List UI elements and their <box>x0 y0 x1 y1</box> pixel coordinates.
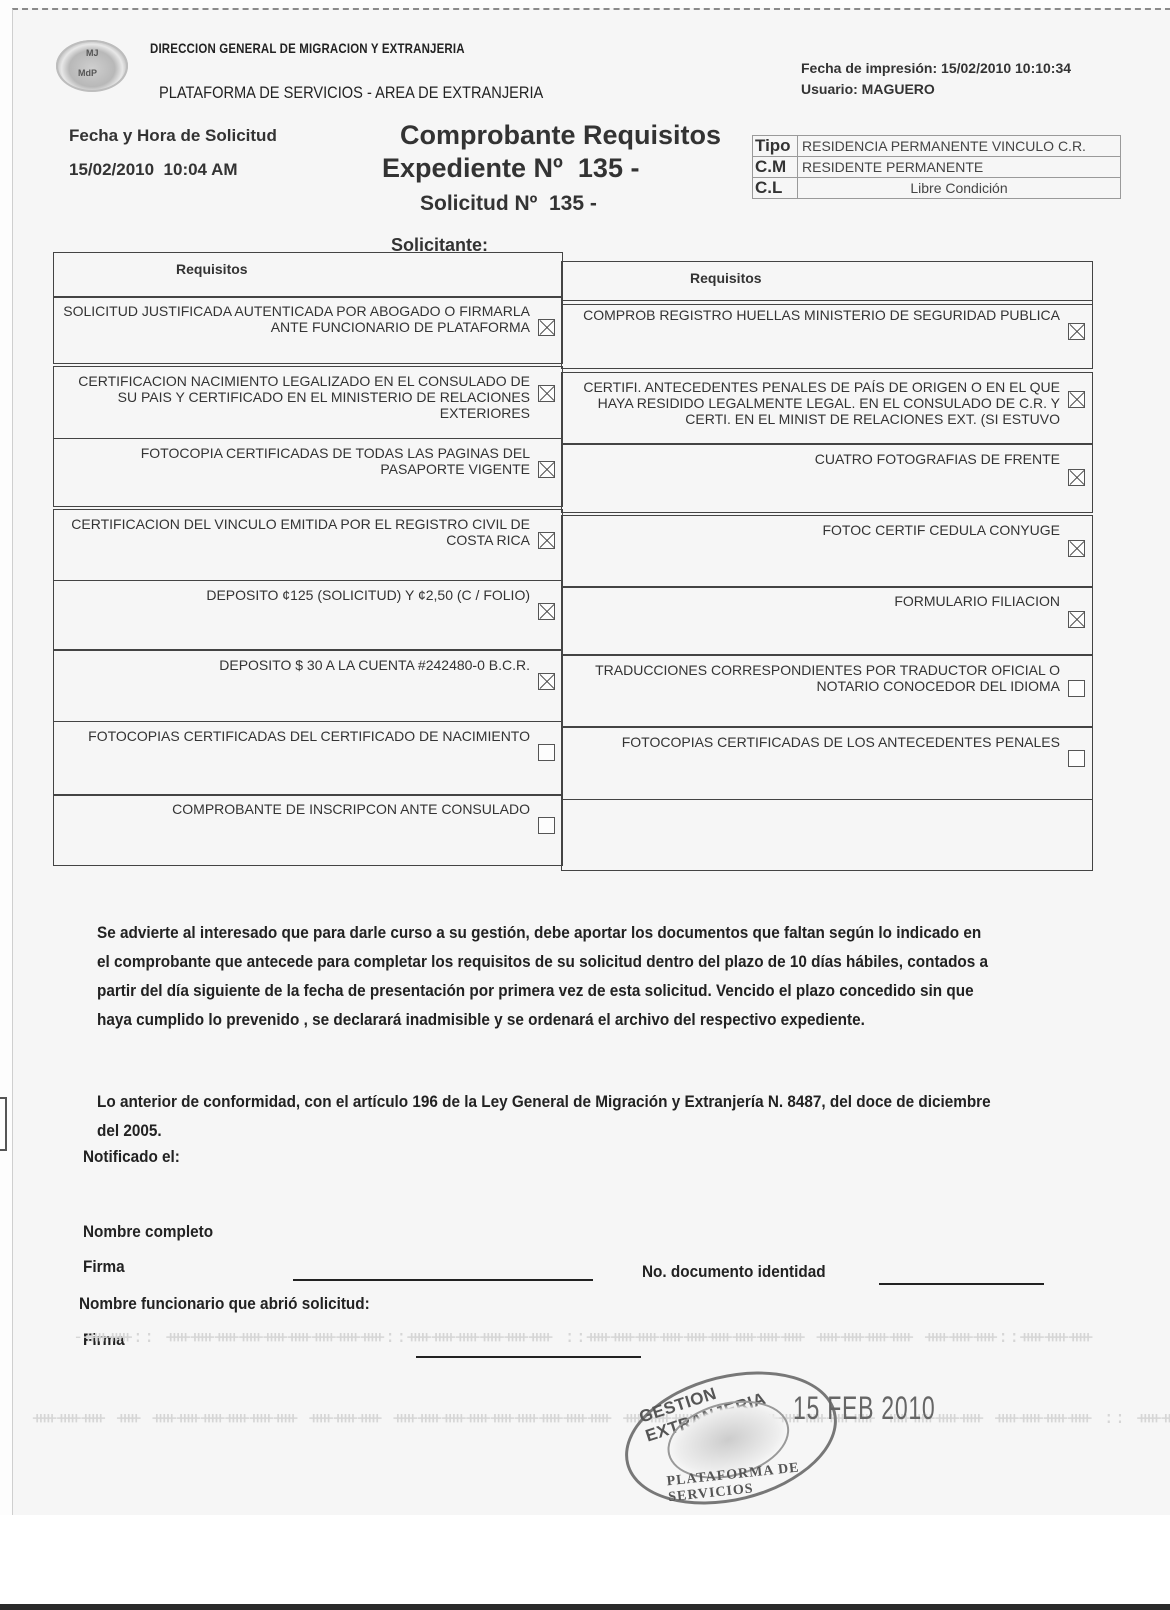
full-name-label: Nombre completo <box>83 1222 213 1242</box>
org-department: PLATAFORMA DE SERVICIOS - AREA DE EXTRAN… <box>159 83 543 103</box>
requirement-text: CERTIFICACION NACIMIENTO LEGALIZADO EN E… <box>60 373 530 421</box>
requirement-row: FOTOCOPIAS CERTIFICADAS DEL CERTIFICADO … <box>53 721 563 796</box>
requirement-text: CERTIFI. ANTECEDENTES PENALES DE PAÍS DE… <box>568 379 1060 427</box>
requirement-text: TRADUCCIONES CORRESPONDIENTES POR TRADUC… <box>568 662 1060 694</box>
type-value: RESIDENCIA PERMANENTE VINCULO C.R. <box>798 136 1121 157</box>
requirements-header: Requisitos <box>561 261 1093 305</box>
type-row: C.MRESIDENTE PERMANENTE <box>753 157 1121 178</box>
print-date: Fecha de impresión: 15/02/2010 10:10:34 <box>801 58 1071 79</box>
signature-line[interactable] <box>293 1279 593 1281</box>
bleed-through-text: ᚔᚔᚔ ᚔ ᚔᚔᚔᚔᚔᚔ ᚔᚔᚔ ᚔᚔᚔᚔᚔᚔᚔᚔᚔ ᚔᚔᚔᚔ ::ᚔᚔᚔᚔᚔ … <box>33 1408 1170 1428</box>
requirement-text: FORMULARIO FILIACION <box>568 593 1060 609</box>
signature-label: Firma <box>83 1257 125 1277</box>
requirement-text: DEPOSITO $ 30 A LA CUENTA #242480-0 B.C.… <box>60 657 530 673</box>
requirement-text: DEPOSITO ¢125 (SOLICITUD) Y ¢2,50 (C / F… <box>60 587 530 603</box>
checked-checkbox-icon[interactable] <box>538 319 555 336</box>
type-row: C.LLibre Condición <box>753 178 1121 199</box>
requirement-row: FOTOCOPIAS CERTIFICADAS DE LOS ANTECEDEN… <box>561 727 1093 800</box>
requirement-row: CERTIFICACION DEL VINCULO EMITIDA POR EL… <box>53 509 563 581</box>
document-page: MJMdP DIRECCION GENERAL DE MIGRACION Y E… <box>12 8 1170 1516</box>
requirement-row: CERTIFI. ANTECEDENTES PENALES DE PAÍS DE… <box>561 372 1093 444</box>
empty-checkbox-icon[interactable] <box>538 817 555 834</box>
official-name-label: Nombre funcionario que abrió solicitud: <box>79 1294 370 1314</box>
requirement-text: FOTOCOPIAS CERTIFICADAS DEL CERTIFICADO … <box>60 728 530 744</box>
type-row: TipoRESIDENCIA PERMANENTE VINCULO C.R. <box>753 136 1121 157</box>
checked-checkbox-icon[interactable] <box>538 532 555 549</box>
notice-paragraph: Se advierte al interesado que para darle… <box>97 918 997 1034</box>
checked-checkbox-icon[interactable] <box>538 385 555 402</box>
empty-checkbox-icon[interactable] <box>1068 680 1085 697</box>
requirement-row: FOTOCOPIA CERTIFICADAS DE TODAS LAS PAGI… <box>53 438 563 507</box>
checked-checkbox-icon[interactable] <box>538 603 555 620</box>
stamp-date: 15 FEB 2010 <box>793 1390 935 1427</box>
bleed-through-text: -ᚔᚔ:: ᚔᚔᚔᚔᚔᚔᚔᚔᚔ::ᚔᚔᚔᚔᚔᚔ ::ᚔᚔᚔᚔᚔᚔᚔᚔᚔ ᚔᚔᚔᚔ… <box>73 1327 1093 1347</box>
org-name: DIRECCION GENERAL DE MIGRACION Y EXTRANJ… <box>150 40 465 56</box>
type-value: Libre Condición <box>798 178 1121 199</box>
checked-checkbox-icon[interactable] <box>1068 611 1085 628</box>
scan-margin <box>0 1515 1170 1605</box>
print-info: Fecha de impresión: 15/02/2010 10:10:34 … <box>801 58 1071 100</box>
checked-checkbox-icon[interactable] <box>1068 540 1085 557</box>
page-title: Comprobante Requisitos <box>400 120 721 151</box>
binder-clip-mark <box>0 1097 7 1151</box>
checked-checkbox-icon[interactable] <box>1068 469 1085 486</box>
migracion-globe-logo-icon: MJMdP <box>56 40 128 92</box>
requirement-text: COMPROBANTE DE INSCRIPCON ANTE CONSULADO <box>60 801 530 817</box>
requirement-row <box>561 799 1093 871</box>
requirement-text: CUATRO FOTOGRAFIAS DE FRENTE <box>568 451 1060 467</box>
request-datetime-label: Fecha y Hora de Solicitud <box>69 126 277 146</box>
requirement-row: COMPROB REGISTRO HUELLAS MINISTERIO DE S… <box>561 300 1093 369</box>
requirement-row: TRADUCCIONES CORRESPONDIENTES POR TRADUC… <box>561 655 1093 727</box>
official-signature-line[interactable] <box>416 1356 641 1358</box>
requirement-row: CUATRO FOTOGRAFIAS DE FRENTE <box>561 444 1093 513</box>
column-header: Requisitos <box>690 270 762 286</box>
checked-checkbox-icon[interactable] <box>1068 391 1085 408</box>
requirement-row: SOLICITUD JUSTIFICADA AUTENTICADA POR AB… <box>53 296 563 364</box>
residency-type-table: TipoRESIDENCIA PERMANENTE VINCULO C.R. C… <box>752 135 1121 199</box>
requirement-text: CERTIFICACION DEL VINCULO EMITIDA POR EL… <box>60 516 530 548</box>
type-key: C.L <box>753 178 798 199</box>
checked-checkbox-icon[interactable] <box>1068 323 1085 340</box>
request-datetime: 15/02/2010 10:04 AM <box>69 160 238 180</box>
type-key: C.M <box>753 157 798 178</box>
print-user: Usuario: MAGUERO <box>801 79 1071 100</box>
requirement-row: DEPOSITO ¢125 (SOLICITUD) Y ¢2,50 (C / F… <box>53 580 563 650</box>
checked-checkbox-icon[interactable] <box>538 461 555 478</box>
requirement-row: COMPROBANTE DE INSCRIPCON ANTE CONSULADO <box>53 794 563 866</box>
solicitud-number: Solicitud Nº 135 - <box>420 192 597 216</box>
checked-checkbox-icon[interactable] <box>538 673 555 690</box>
id-document-line[interactable] <box>879 1283 1044 1285</box>
requirement-text: COMPROB REGISTRO HUELLAS MINISTERIO DE S… <box>568 307 1060 323</box>
type-key: Tipo <box>753 136 798 157</box>
empty-checkbox-icon[interactable] <box>1068 750 1085 767</box>
type-value: RESIDENTE PERMANENTE <box>798 157 1121 178</box>
requirement-row: FOTOC CERTIF CEDULA CONYUGE <box>561 515 1093 588</box>
official-stamp: GESTION EXTRANJERIA PLATAFORMA DE SERVIC… <box>611 1351 851 1526</box>
requirement-row: FORMULARIO FILIACION <box>561 586 1093 655</box>
id-document-label: No. documento identidad <box>642 1262 826 1282</box>
requirement-row: CERTIFICACION NACIMIENTO LEGALIZADO EN E… <box>53 366 563 439</box>
requirements-header: Requisitos <box>53 252 563 298</box>
requirement-text: FOTOCOPIAS CERTIFICADAS DE LOS ANTECEDEN… <box>568 734 1060 750</box>
empty-checkbox-icon[interactable] <box>538 744 555 761</box>
notified-label: Notificado el: <box>83 1147 180 1167</box>
column-header: Requisitos <box>176 261 248 277</box>
law-reference-paragraph: Lo anterior de conformidad, con el artíc… <box>97 1087 997 1145</box>
requirement-row: DEPOSITO $ 30 A LA CUENTA #242480-0 B.C.… <box>53 650 563 722</box>
expediente-number: Expediente Nº 135 - <box>382 153 639 184</box>
requirement-text: FOTOC CERTIF CEDULA CONYUGE <box>568 522 1060 538</box>
scan-edge <box>0 1604 1170 1610</box>
requirement-text: SOLICITUD JUSTIFICADA AUTENTICADA POR AB… <box>60 303 530 335</box>
requirement-text: FOTOCOPIA CERTIFICADAS DE TODAS LAS PAGI… <box>60 445 530 477</box>
